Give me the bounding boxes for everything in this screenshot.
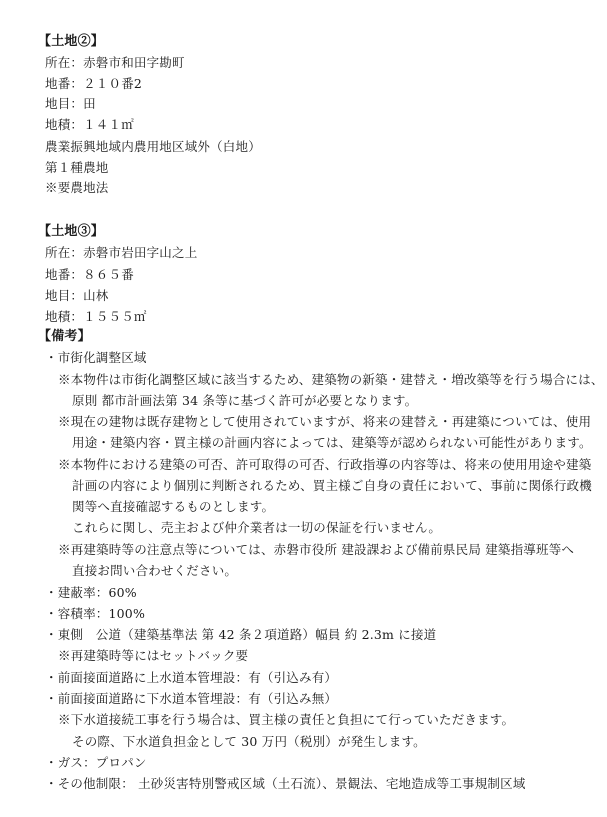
land2-note-farmland-class: 第１種農地 [45, 160, 109, 176]
remark-floor-area-ratio: ・容積率：100% [45, 606, 145, 622]
remark-setback-note: ※再建築時等にはセットバック要 [58, 648, 248, 664]
land2-location: 所在：赤磐市和田字勘町 [45, 55, 185, 71]
remark-note-cont: 関等へ直接確認するものとします。 [72, 499, 274, 515]
remark-gas: ・ガス：プロパン [45, 755, 147, 771]
remark-urbanization-control: ・市街化調整区域 [45, 350, 147, 366]
remark-sewer-note: ※下水道接続工事を行う場合は、買主様の責任と負担にて行っていただきます。 [58, 712, 514, 728]
remark-note: ※本物件における建築の可否、許可取得の可否、行政指導の内容等は、将来の使用用途や… [58, 457, 591, 473]
land2-heading: 【土地②】 [38, 34, 104, 50]
remark-note-cont: 計画の内容により個別に判断されるため、買主様ご自身の責任において、事前に関係行政… [72, 478, 592, 494]
remark-note: ※本物件は市街化調整区域に該当するため、建築物の新築・建替え・増改築等を行う場合… [58, 372, 604, 388]
remark-disclaimer: これらに関し、売主および仲介業者は一切の保証を行いません。 [72, 520, 441, 536]
land2-area: 地積：１４１㎡ [45, 117, 134, 133]
remark-other-restrictions: ・その他制限： 土砂災害特別警戒区域（土石流）、景観法、宅地造成等工事規制区域 [45, 776, 526, 792]
remark-note-cont: 原則 都市計画法第 34 条等に基づく許可が必要となります。 [72, 393, 417, 409]
land2-category: 地目：田 [45, 96, 96, 112]
land3-category: 地目：山林 [45, 288, 109, 304]
remark-road-access: ・東側 公道（建築基準法 第 42 条２項道路）幅員 約 2.3m に接道 [45, 627, 436, 643]
remark-note: ※再建築時等の注意点等については、赤磐市役所 建設課および備前県民局 建築指導班… [58, 542, 574, 558]
land3-location: 所在：赤磐市岩田字山之上 [45, 245, 197, 261]
remark-sewer-fee: その際、下水道負担金として 30 万円（税別）が発生します。 [72, 734, 426, 750]
land3-lot-number: 地番：８６５番 [45, 267, 134, 283]
remark-note: ※現在の建物は既存建物として使用されていますが、将来の建替え・再建築については、… [58, 414, 591, 430]
remark-water-supply: ・前面接面道路に上水道本管埋設：有（引込み有） [45, 670, 337, 686]
remark-note-cont: 直接お問い合わせください。 [72, 563, 237, 579]
land2-note-farmland-law: ※要農地法 [45, 180, 109, 196]
land3-area: 地積：１５５５㎡ [45, 309, 147, 325]
land3-heading: 【土地③】 [38, 224, 104, 240]
land2-note-agri-zone: 農業振興地域内農用地区域外（白地） [45, 139, 261, 155]
document-page: 【土地②】 所在：赤磐市和田字勘町 地番：２１０番2 地目：田 地積：１４１㎡ … [0, 0, 607, 817]
land2-lot-number: 地番：２１０番2 [45, 76, 142, 92]
remark-note-cont: 用途・建築内容・買主様の計画内容によっては、建築等が認められない可能性があります… [72, 435, 592, 451]
remarks-heading: 【備考】 [38, 329, 91, 345]
remark-sewer: ・前面接面道路に下水道本管埋設：有（引込み無） [45, 691, 337, 707]
remark-building-coverage: ・建蔽率：60% [45, 585, 137, 601]
